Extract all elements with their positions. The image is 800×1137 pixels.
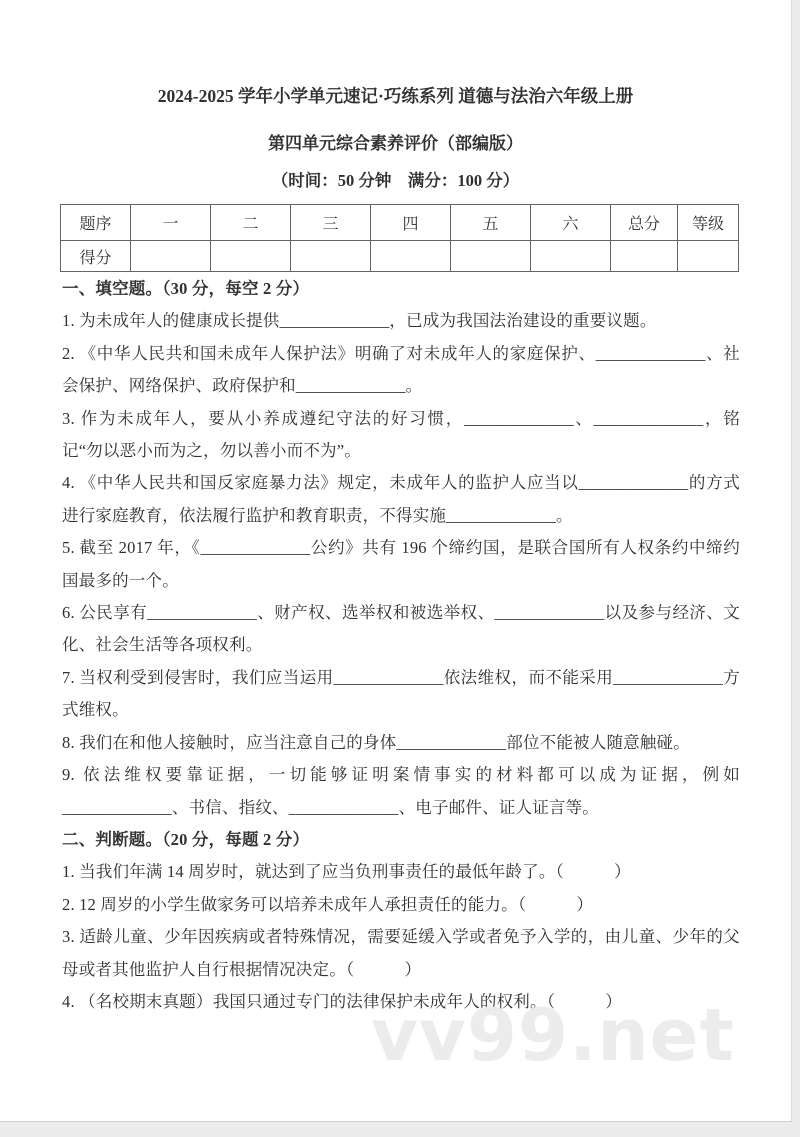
- exam-body: 一、填空题。（30 分，每空 2 分） 1. 为未成年人的健康成长提供_____…: [62, 273, 740, 1018]
- score-table-header-cell: 五: [451, 205, 531, 241]
- score-table-header-cell: 四: [371, 205, 451, 241]
- fill-question-1: 1. 为未成年人的健康成长提供_____________，已成为我国法治建设的重…: [62, 305, 740, 337]
- score-table-header-cell: 等级: [678, 205, 739, 241]
- exam-screenshot: { "header": { "series_title": "2024-2025…: [0, 0, 800, 1137]
- score-table-header-cell: 一: [131, 205, 211, 241]
- score-table-header-cell: 三: [291, 205, 371, 241]
- fill-question-4: 4. 《中华人民共和国反家庭暴力法》规定，未成年人的监护人应当以________…: [62, 467, 740, 532]
- score-cell-empty: [131, 241, 211, 272]
- score-cell-empty: [291, 241, 371, 272]
- score-table-header-cell: 二: [211, 205, 291, 241]
- exam-page: 2024-2025 学年小学单元速记·巧练系列 道德与法治六年级上册 第四单元综…: [0, 0, 792, 1122]
- score-cell-empty: [451, 241, 531, 272]
- score-cell-empty: [611, 241, 678, 272]
- judge-question-1: 1. 当我们年满 14 周岁时，就达到了应当负刑事责任的最低年龄了。（ ）: [62, 856, 740, 888]
- unit-title: 第四单元综合素养评价（部编版）: [0, 129, 791, 154]
- score-cell-empty: [211, 241, 291, 272]
- score-table-header-cell: 六: [531, 205, 611, 241]
- score-table-score-row: 得分: [61, 241, 739, 272]
- score-table-header-row: 题序 一 二 三 四 五 六 总分 等级: [61, 205, 739, 241]
- fill-question-2: 2. 《中华人民共和国未成年人保护法》明确了对未成年人的家庭保护、_______…: [62, 338, 740, 403]
- judge-question-3: 3. 适龄儿童、少年因疾病或者特殊情况，需要延缓入学或者免予入学的，由儿童、少年…: [62, 921, 740, 986]
- score-cell-empty: [678, 241, 739, 272]
- time-score-line: （时间：50 分钟 满分：100 分）: [0, 167, 791, 191]
- score-cell-empty: [531, 241, 611, 272]
- fill-question-5: 5. 截至 2017 年，《_____________公约》共有 196 个缔约…: [62, 532, 740, 597]
- section-fill-heading: 一、填空题。（30 分，每空 2 分）: [62, 273, 740, 305]
- fill-question-7: 7. 当权利受到侵害时，我们应当运用_____________依法维权，而不能采…: [62, 662, 740, 727]
- fill-question-9: 9. 依法维权要靠证据，一切能够证明案情事实的材料都可以成为证据，例如_____…: [62, 759, 740, 824]
- fill-question-6: 6. 公民享有_____________、财产权、选举权和被选举权、______…: [62, 597, 740, 662]
- score-row-label: 得分: [61, 241, 131, 272]
- series-title: 2024-2025 学年小学单元速记·巧练系列 道德与法治六年级上册: [0, 83, 791, 108]
- section-judge-heading: 二、判断题。（20 分，每题 2 分）: [62, 824, 740, 856]
- score-cell-empty: [371, 241, 451, 272]
- fill-question-3: 3. 作为未成年人，要从小养成遵纪守法的好习惯，_____________、__…: [62, 403, 740, 468]
- judge-question-2: 2. 12 周岁的小学生做家务可以培养未成年人承担责任的能力。（ ）: [62, 889, 740, 921]
- fill-question-8: 8. 我们在和他人接触时，应当注意自己的身体_____________部位不能被…: [62, 727, 740, 759]
- score-table-header-cell: 总分: [611, 205, 678, 241]
- score-table: 题序 一 二 三 四 五 六 总分 等级 得分: [60, 204, 739, 272]
- score-table-header-cell: 题序: [61, 205, 131, 241]
- site-watermark: vv99.net: [371, 993, 735, 1077]
